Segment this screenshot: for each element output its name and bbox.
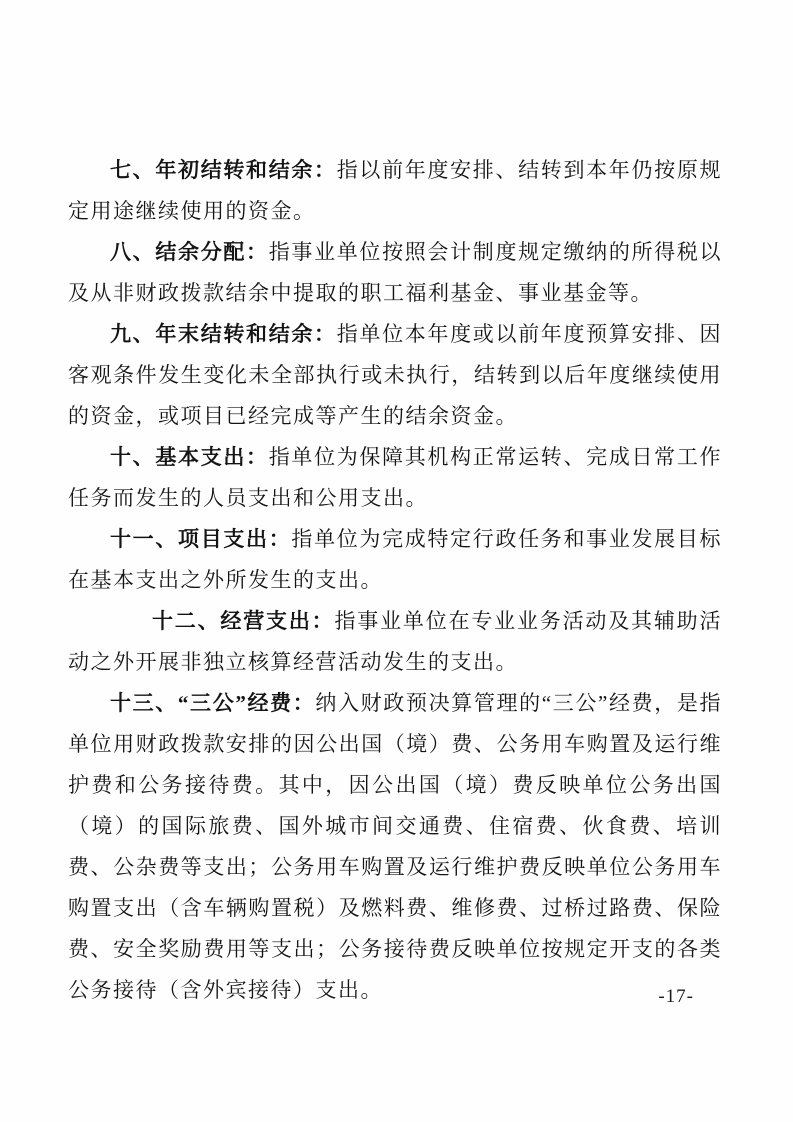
definition-term: 九、年末结转和结余： <box>110 322 337 346</box>
definition-paragraph-7: 七、年初结转和结余：指以前年度安排、结转到本年仍按原规定用途继续使用的资金。 <box>68 150 722 232</box>
definition-paragraph-11: 十一、项目支出：指单位为完成特定行政任务和事业发展目标在基本支出之外所发生的支出… <box>68 519 722 601</box>
definition-paragraph-9: 九、年末结转和结余：指单位本年度或以前年度预算安排、因客观条件发生变化未全部执行… <box>68 314 722 437</box>
definition-paragraph-12: 十二、经营支出：指事业单位在专业业务活动及其辅助活动之外开展非独立核算经营活动发… <box>68 601 722 683</box>
definition-paragraph-10: 十、基本支出：指单位为保障其机构正常运转、完成日常工作任务而发生的人员支出和公用… <box>68 437 722 519</box>
definition-term: 十、基本支出： <box>110 445 269 469</box>
definition-term: 七、年初结转和结余： <box>110 158 337 182</box>
definition-paragraph-13: 十三、“三公”经费：纳入财政预决算管理的“三公”经费，是指单位用财政拨款安排的因… <box>68 683 722 1011</box>
definition-term: 十一、项目支出： <box>110 527 291 551</box>
definitions-text-block: 七、年初结转和结余：指以前年度安排、结转到本年仍按原规定用途继续使用的资金。 八… <box>68 150 722 1011</box>
definition-text: 纳入财政预决算管理的“三公”经费，是指单位用财政拨款安排的因公出国（境）费、公务… <box>68 691 722 1002</box>
definition-paragraph-8: 八、结余分配：指事业单位按照会计制度规定缴纳的所得税以及从非财政拨款结余中提取的… <box>68 232 722 314</box>
definition-term: 八、结余分配： <box>110 240 269 264</box>
page-number: -17- <box>658 986 694 1008</box>
definition-term: 十二、经营支出： <box>152 609 335 633</box>
document-page: 七、年初结转和结余：指以前年度安排、结转到本年仍按原规定用途继续使用的资金。 八… <box>0 0 793 1122</box>
definition-term: 十三、“三公”经费： <box>110 691 315 715</box>
